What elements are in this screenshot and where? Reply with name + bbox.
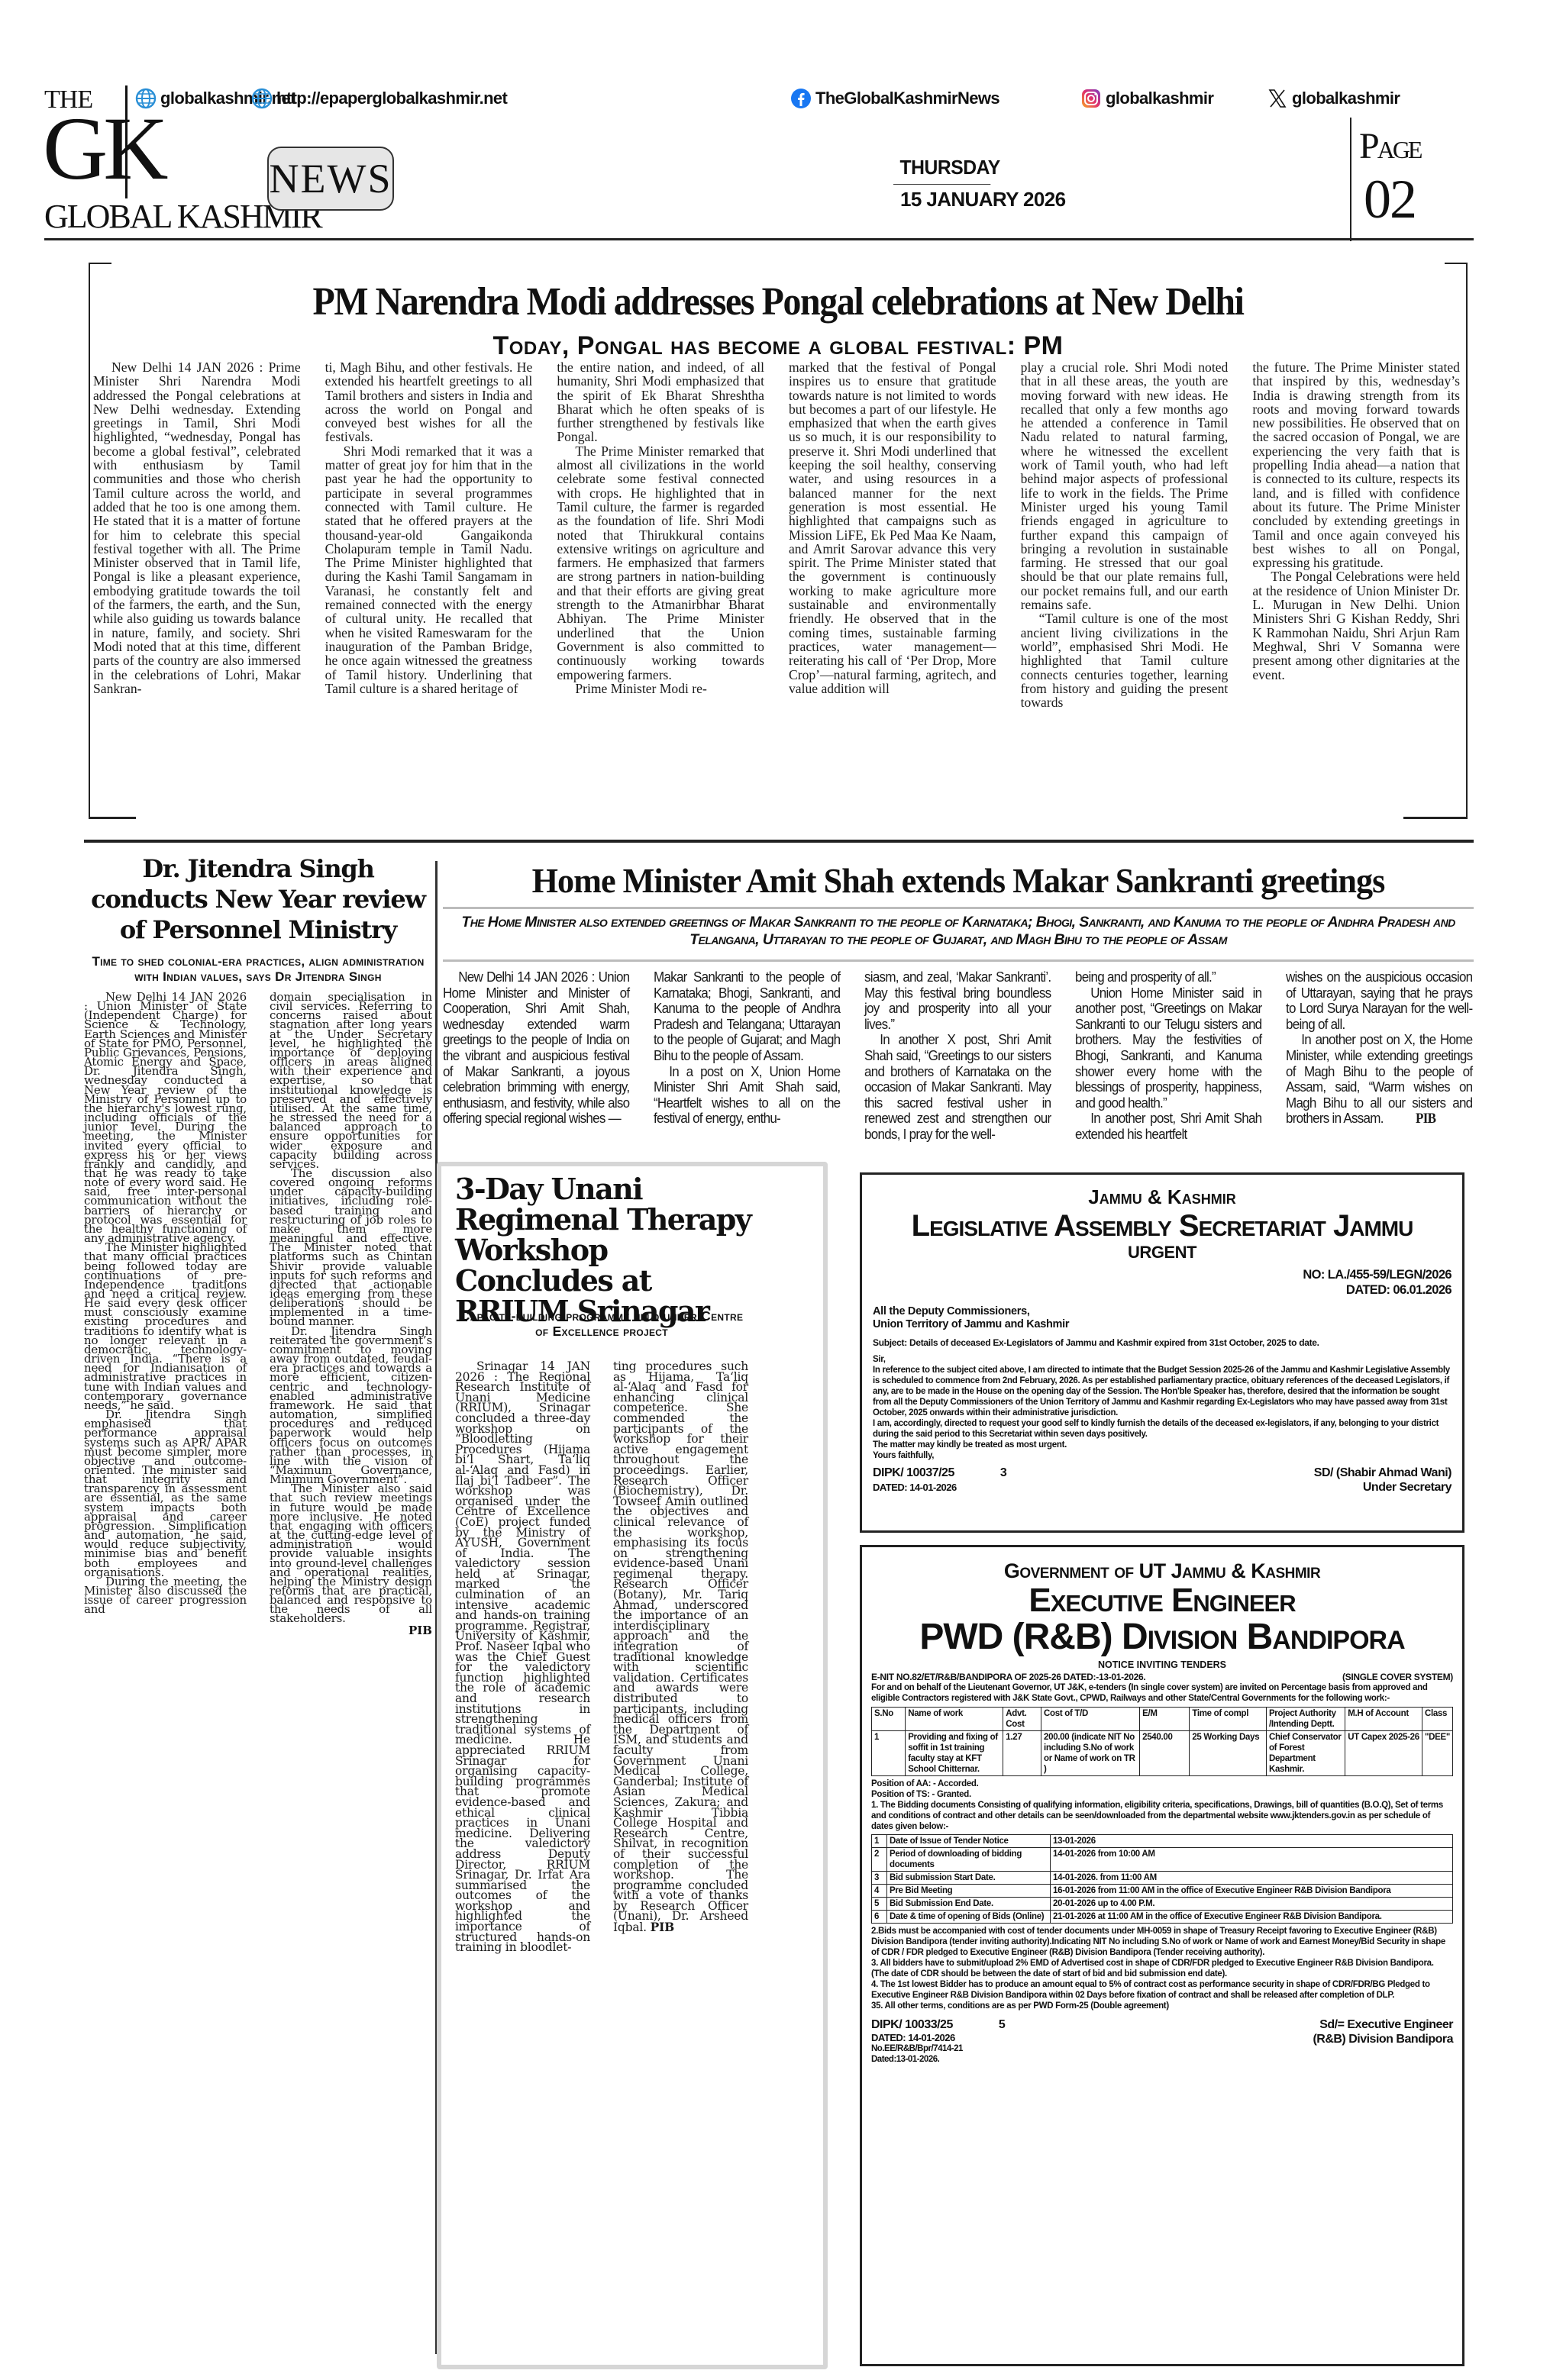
- unani-credit: PIB: [651, 1920, 674, 1934]
- shah-column-5: wishes on the auspicious occasion of Utt…: [1286, 969, 1474, 1143]
- notice-type: NOTICE INVITING TENDERS: [862, 1659, 1462, 1670]
- jitendra-column-2: domain specialisation in civil services.…: [270, 992, 432, 1637]
- shah-credit: PIB: [1416, 1111, 1435, 1127]
- assembly-brand-top: Jammu & Kashmir: [862, 1185, 1462, 1209]
- unani-column-2: ting procedures such as Hijama, Ta‘liq a…: [613, 1362, 748, 1953]
- table-row: 6Date & time of opening of Bids (Online)…: [872, 1911, 1453, 1924]
- table-row: 1 Providing and fixing of soffit in 1st …: [872, 1731, 1453, 1776]
- dipk-number: DIPK/ 10037/25: [873, 1466, 954, 1479]
- lead-column-6: the future. The Prime Minister stated th…: [1252, 360, 1460, 709]
- unani-column-1: Srinagar 14 JAN 2026 : The Regional Rese…: [455, 1362, 590, 1953]
- signatory: SD/ (Shabir Ahmad Wani): [1314, 1466, 1452, 1480]
- x-link[interactable]: globalkashmir: [1266, 87, 1400, 110]
- designation: (R&B) Division Bandipora: [1313, 2032, 1453, 2046]
- table-row: 1Date of Issue of Tender Notice13-01-202…: [872, 1835, 1453, 1848]
- table-row: 5Bid Submission End Date.20-01-2026 up t…: [872, 1898, 1453, 1911]
- x-icon: [1266, 87, 1289, 110]
- jitendra-subhead: Time to shed colonial-era practices, ali…: [84, 954, 432, 985]
- tender-intro: For and on behalf of the Lieutenant Gove…: [862, 1682, 1462, 1704]
- dipk-number: DIPK/ 10033/25: [871, 2018, 953, 2031]
- designation: Under Secretary: [1314, 1480, 1452, 1495]
- page-label: PAGE: [1359, 125, 1420, 167]
- shah-headline: Home Minister Amit Shah extends Makar Sa…: [463, 861, 1453, 901]
- facebook-link[interactable]: TheGlobalKashmirNews: [790, 87, 999, 110]
- tender-brand-top: Government of UT Jammu & Kashmir: [862, 1559, 1462, 1583]
- unani-body: Srinagar 14 JAN 2026 : The Regional Rese…: [455, 1362, 748, 1953]
- tender-brand-main2: PWD (R&B) Division Bandipora: [862, 1618, 1462, 1656]
- table-row: 4Pre Bid Meeting16-01-2026 from 11:00 AM…: [872, 1885, 1453, 1898]
- lead-headline: PM Narendra Modi addresses Pongal celebr…: [135, 279, 1421, 324]
- globe-icon: [134, 87, 157, 110]
- frame-line: [89, 817, 136, 819]
- schedule-table: 1Date of Issue of Tender Notice13-01-202…: [871, 1834, 1453, 1924]
- tender-clauses: 2.Bids must be accompanied with cost of …: [862, 1924, 1462, 2011]
- masthead: THE GK GLOBAL KASHMIR globalkashmir.net …: [44, 82, 1474, 243]
- instagram-link[interactable]: globalkashmir: [1080, 87, 1213, 110]
- assembly-notice: Jammu & Kashmir Legislative Assembly Sec…: [860, 1172, 1464, 1533]
- jitendra-column-1: New Delhi 14 JAN 2026 : Union Minister o…: [84, 992, 247, 1637]
- globe-icon: [250, 87, 273, 110]
- section-badge: NEWS: [267, 147, 394, 211]
- logo-gk: GK: [43, 104, 163, 194]
- page-indicator: PAGE 02: [1350, 118, 1416, 241]
- issue-day: THURSDAY: [893, 156, 990, 185]
- frame-line: [1403, 817, 1468, 819]
- tender-table-header: S.No Name of work Advt. Cost Cost of T/D…: [872, 1708, 1453, 1731]
- lead-column-5: play a crucial role. Shri Modi noted tha…: [1021, 360, 1229, 709]
- issue-date: THURSDAY 15 JANUARY 2026: [893, 156, 996, 211]
- urgency-label: URGENT: [862, 1243, 1462, 1263]
- frame-line: [89, 263, 111, 264]
- lead-column-4: marked that the festival of Pongal inspi…: [789, 360, 996, 709]
- table-row: 3Bid submission Start Date.14-01-2026. f…: [872, 1872, 1453, 1885]
- shah-column-3: siasm, and zeal, ‘Makar Sankranti’. May …: [864, 969, 1052, 1143]
- tender-positions: Position of AA: - Accorded. Position of …: [862, 1776, 1462, 1832]
- lead-column-2: ti, Magh Bihu, and other festivals. He e…: [325, 360, 533, 709]
- shah-column-1: New Delhi 14 JAN 2026 : Union Home Minis…: [443, 969, 631, 1143]
- tender-brand-main1: Executive Engineer: [862, 1583, 1462, 1618]
- signatory: Sd/= Executive Engineer: [1313, 2017, 1453, 2032]
- instagram-icon: [1080, 87, 1103, 110]
- jitendra-article: Dr. Jitendra Singh conducts New Year rev…: [84, 850, 432, 2369]
- assembly-subject: Subject: Details of deceased Ex-Legislat…: [862, 1331, 1462, 1348]
- lead-column-1: New Delhi 14 JAN 2026 : Prime Minister S…: [93, 360, 301, 709]
- facebook-icon: [790, 87, 812, 110]
- unani-headline: 3-Day Unani Regimenal Therapy Workshop C…: [455, 1174, 760, 1327]
- unani-article: 3-Day Unani Regimenal Therapy Workshop C…: [437, 1162, 828, 2369]
- assembly-reference: NO: LA./455-59/LEGN/2026 DATED: 06.01.20…: [862, 1267, 1462, 1298]
- table-row: 2Period of downloading of bidding docume…: [872, 1848, 1453, 1872]
- subhead-rule: [443, 959, 1474, 962]
- lead-column-3: the entire nation, and indeed, of all hu…: [557, 360, 764, 709]
- shah-body: New Delhi 14 JAN 2026 : Union Home Minis…: [443, 969, 1474, 1143]
- assembly-body: Sir, In reference to the subject cited a…: [862, 1348, 1462, 1461]
- shah-article: Home Minister Amit Shah extends Makar Sa…: [443, 850, 1474, 1152]
- tender-notice: Government of UT Jammu & Kashmir Executi…: [860, 1545, 1464, 2366]
- schedule-wrap: 1Date of Issue of Tender Notice13-01-202…: [862, 1832, 1462, 1924]
- jitendra-body: New Delhi 14 JAN 2026 : Union Minister o…: [84, 992, 432, 1637]
- assembly-signature: DIPK/ 10037/253 DATED: 14-01-2026 SD/ (S…: [862, 1461, 1462, 1495]
- tender-table: S.No Name of work Advt. Cost Cost of T/D…: [871, 1707, 1453, 1776]
- lead-article: PM Narendra Modi addresses Pongal celebr…: [79, 263, 1477, 827]
- page-number: 02: [1364, 168, 1416, 231]
- logo-divider: [125, 85, 128, 198]
- section-rule: [84, 840, 1474, 843]
- jitendra-credit: PIB: [270, 1624, 432, 1637]
- lead-body: New Delhi 14 JAN 2026 : Prime Minister S…: [93, 360, 1460, 709]
- lead-subhead: Today, Pongal has become a global festiv…: [79, 331, 1477, 361]
- shah-column-4: being and prosperity of all.” Union Home…: [1075, 969, 1263, 1143]
- issue-full-date: 15 JANUARY 2026: [893, 188, 996, 211]
- enit-line: E-NIT NO.82/ET/R&B/BANDIPORA OF 2025-26 …: [862, 1670, 1462, 1682]
- frame-line: [1445, 263, 1468, 264]
- epaper-link[interactable]: http://epaperglobalkashmir.net: [250, 87, 507, 110]
- shah-column-2: Makar Sankranti to the people of Karnata…: [654, 969, 841, 1143]
- tender-signature: DIPK/ 10033/255 DATED: 14-01-2026 No.EE/…: [862, 2011, 1462, 2065]
- tender-table-wrap: S.No Name of work Advt. Cost Cost of T/D…: [862, 1704, 1462, 1776]
- assembly-addressee: All the Deputy Commissioners, Union Terr…: [862, 1298, 1462, 1331]
- shah-subhead: The Home Minister also extended greeting…: [443, 909, 1474, 953]
- assembly-brand-main: Legislative Assembly Secretariat Jammu: [862, 1209, 1462, 1243]
- masthead-rule: [44, 238, 1474, 240]
- jitendra-headline: Dr. Jitendra Singh conducts New Year rev…: [84, 853, 432, 945]
- unani-subhead: Capacity-building programme held under C…: [455, 1308, 748, 1339]
